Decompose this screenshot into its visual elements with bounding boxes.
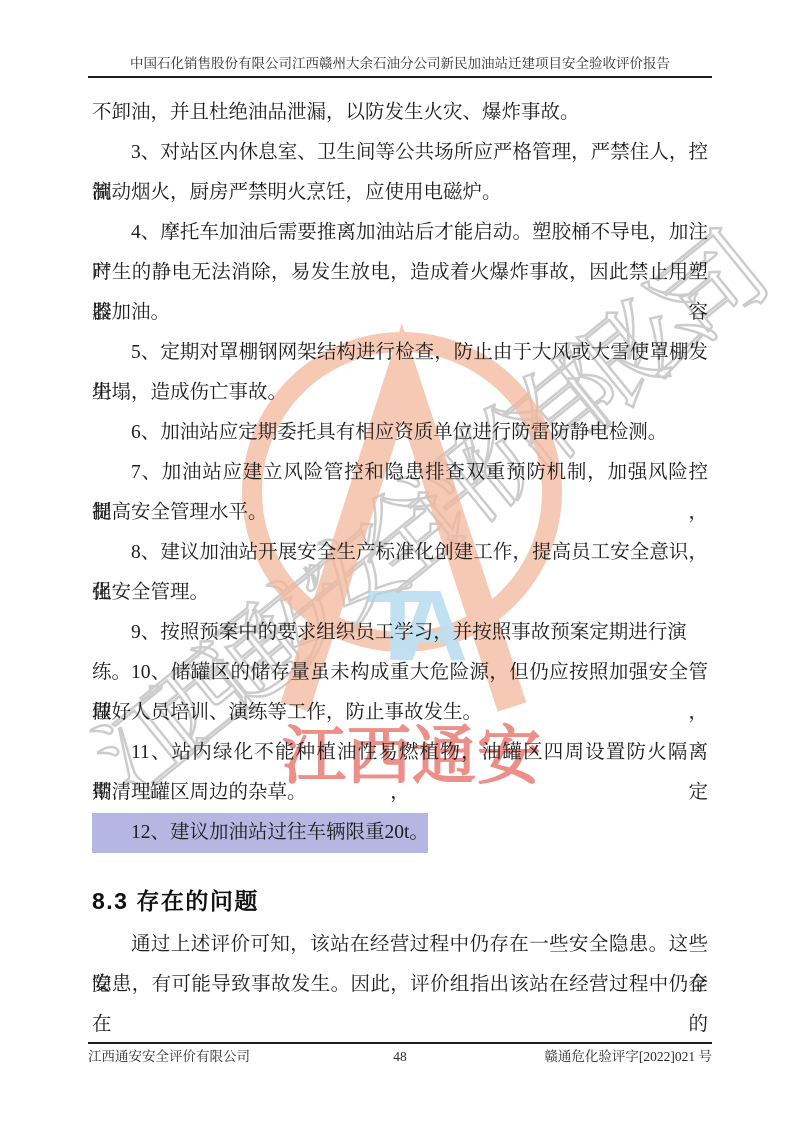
- selection-highlighted-line: 12、建议加油站过往车辆限重20t。: [92, 813, 428, 853]
- body-line: 化安全管理。: [92, 573, 708, 613]
- section-heading: 8.3 存在的问题: [92, 879, 259, 923]
- body-line: 6、加油站应定期委托具有相应资质单位进行防雷防静电检测。: [92, 413, 708, 453]
- body-line: 7、加油站应建立风险管控和隐患排查双重预防机制，加强风险控制，: [92, 453, 708, 493]
- page-footer: 江西通安安全评价有限公司 48 赣通危化验评字[2022]021 号: [88, 1047, 712, 1067]
- body-line: 产生的静电无法消除，易发生放电，造成着火爆炸事故，因此禁止用塑胶容: [92, 253, 708, 293]
- body-line: 10、储罐区的储存量虽未构成重大危险源，但仍应按照加强安全管理，: [92, 653, 708, 693]
- document-body: 不卸油，并且杜绝油品泄漏，以防发生火灾、爆炸事故。 3、对站区内休息室、卫生间等…: [92, 93, 708, 853]
- body-line: 流动烟火，厨房严禁明火烹饪，应使用电磁炉。: [92, 173, 708, 213]
- body-line: 通过上述评价可知，该站在经营过程中仍存在一些安全隐患。这些安全: [92, 925, 708, 965]
- body-line: 9、按照预案中的要求组织员工学习，并按照事故预案定期进行演练。: [92, 613, 708, 653]
- footer-page-number: 48: [370, 1047, 430, 1067]
- body-line: 11、站内绿化不能种植油性易燃植物，油罐区四周设置防火隔离带，定: [92, 733, 708, 773]
- body-line: 4、摩托车加油后需要推离加油站后才能启动。塑胶桶不导电，加注时: [92, 213, 708, 253]
- body-line: 8、建议加油站开展安全生产标准化创建工作，提高员工安全意识，强: [92, 533, 708, 573]
- body-line: 不卸油，并且杜绝油品泄漏，以防发生火灾、爆炸事故。: [92, 93, 708, 133]
- closing-paragraph: 通过上述评价可知，该站在经营过程中仍存在一些安全隐患。这些安全 隐患，有可能导致…: [92, 925, 708, 1005]
- body-line: 3、对站区内休息室、卫生间等公共场所应严格管理，严禁住人，控制: [92, 133, 708, 173]
- header-rule: [88, 76, 712, 78]
- body-line: 隐患，有可能导致事故发生。因此，评价组指出该站在经营过程中仍存在的: [92, 965, 708, 1005]
- page-header-title: 中国石化销售股份有限公司江西赣州大余石油分公司新民加油站迁建项目安全验收评价报告: [88, 52, 712, 72]
- footer-company: 江西通安安全评价有限公司: [88, 1047, 370, 1067]
- body-line: 坍塌，造成伤亡事故。: [92, 373, 708, 413]
- footer-doc-number: 赣通危化验评字[2022]021 号: [430, 1047, 712, 1067]
- footer-rule: [88, 1042, 712, 1044]
- report-page: 江西通安安全评价有限公司 TA 江西通安 中国石化销售股份有限公司江西赣州大余石…: [0, 0, 800, 1131]
- body-line: 5、定期对罩棚钢网架结构进行检查，防止由于大风或大雪使罩棚发生: [92, 333, 708, 373]
